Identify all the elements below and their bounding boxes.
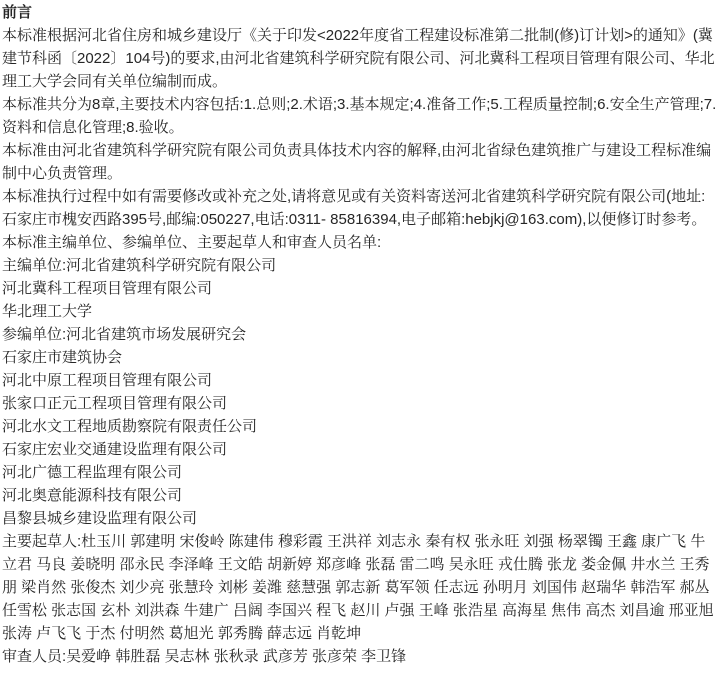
participating-unit: 张家口正元工程项目管理有限公司: [2, 392, 717, 415]
participating-unit: 石家庄市建筑协会: [2, 346, 717, 369]
participating-unit: 河北广德工程监理有限公司: [2, 461, 717, 484]
chief-editor-label: 主编单位:: [2, 257, 66, 274]
chief-editor-unit: 河北省建筑科学研究院有限公司: [66, 257, 276, 274]
chief-editor-unit: 河北冀科工程项目管理有限公司: [2, 277, 717, 300]
participating-unit: 昌黎县城乡建设监理有限公司: [2, 507, 717, 530]
paragraph-standard-basis: 本标准根据河北省住房和城乡建设厅《关于印发<2022年度省工程建设标准第二批制(…: [2, 24, 717, 93]
participating-unit: 河北水文工程地质勘察院有限责任公司: [2, 415, 717, 438]
paragraph-roster-intro: 本标准主编单位、参编单位、主要起草人和审查人员名单:: [2, 231, 717, 254]
chief-editor-units-first-line: 主编单位:河北省建筑科学研究院有限公司: [2, 254, 717, 277]
paragraph-chapter-overview: 本标准共分为8章,主要技术内容包括:1.总则;2.术语;3.基本规定;4.准备工…: [2, 93, 717, 139]
reviewers-paragraph: 审查人员:吴爱峥 韩胜磊 吴志林 张秋录 武彦芳 张彦荣 李卫锋: [2, 645, 717, 668]
main-drafters-label: 主要起草人:: [2, 533, 81, 550]
main-drafters-paragraph: 主要起草人:杜玉川 郭建明 宋俊岭 陈建伟 穆彩霞 王洪祥 刘志永 秦有权 张永…: [2, 530, 717, 645]
paragraph-feedback-address: 本标准执行过程中如有需要修改或补充之处,请将意见或有关资料寄送河北省建筑科学研究…: [2, 185, 717, 231]
participating-unit: 河北中原工程项目管理有限公司: [2, 369, 717, 392]
preface-document: 前言 本标准根据河北省住房和城乡建设厅《关于印发<2022年度省工程建设标准第二…: [0, 0, 718, 668]
page-title: 前言: [2, 1, 717, 24]
main-drafters-names: 杜玉川 郭建明 宋俊岭 陈建伟 穆彩霞 王洪祥 刘志永 秦有权 张永旺 刘强 杨…: [2, 533, 714, 642]
chief-editor-unit: 华北理工大学: [2, 300, 717, 323]
participating-unit: 石家庄宏业交通建设监理有限公司: [2, 438, 717, 461]
participating-unit: 河北奥意能源科技有限公司: [2, 484, 717, 507]
participating-unit: 河北省建筑市场发展研究会: [66, 326, 246, 343]
reviewers-names: 吴爱峥 韩胜磊 吴志林 张秋录 武彦芳 张彦荣 李卫锋: [66, 648, 406, 665]
participating-units-first-line: 参编单位:河北省建筑市场发展研究会: [2, 323, 717, 346]
participating-label: 参编单位:: [2, 326, 66, 343]
paragraph-interpretation: 本标准由河北省建筑科学研究院有限公司负责具体技术内容的解释,由河北省绿色建筑推广…: [2, 139, 717, 185]
reviewers-label: 审查人员:: [2, 648, 66, 665]
